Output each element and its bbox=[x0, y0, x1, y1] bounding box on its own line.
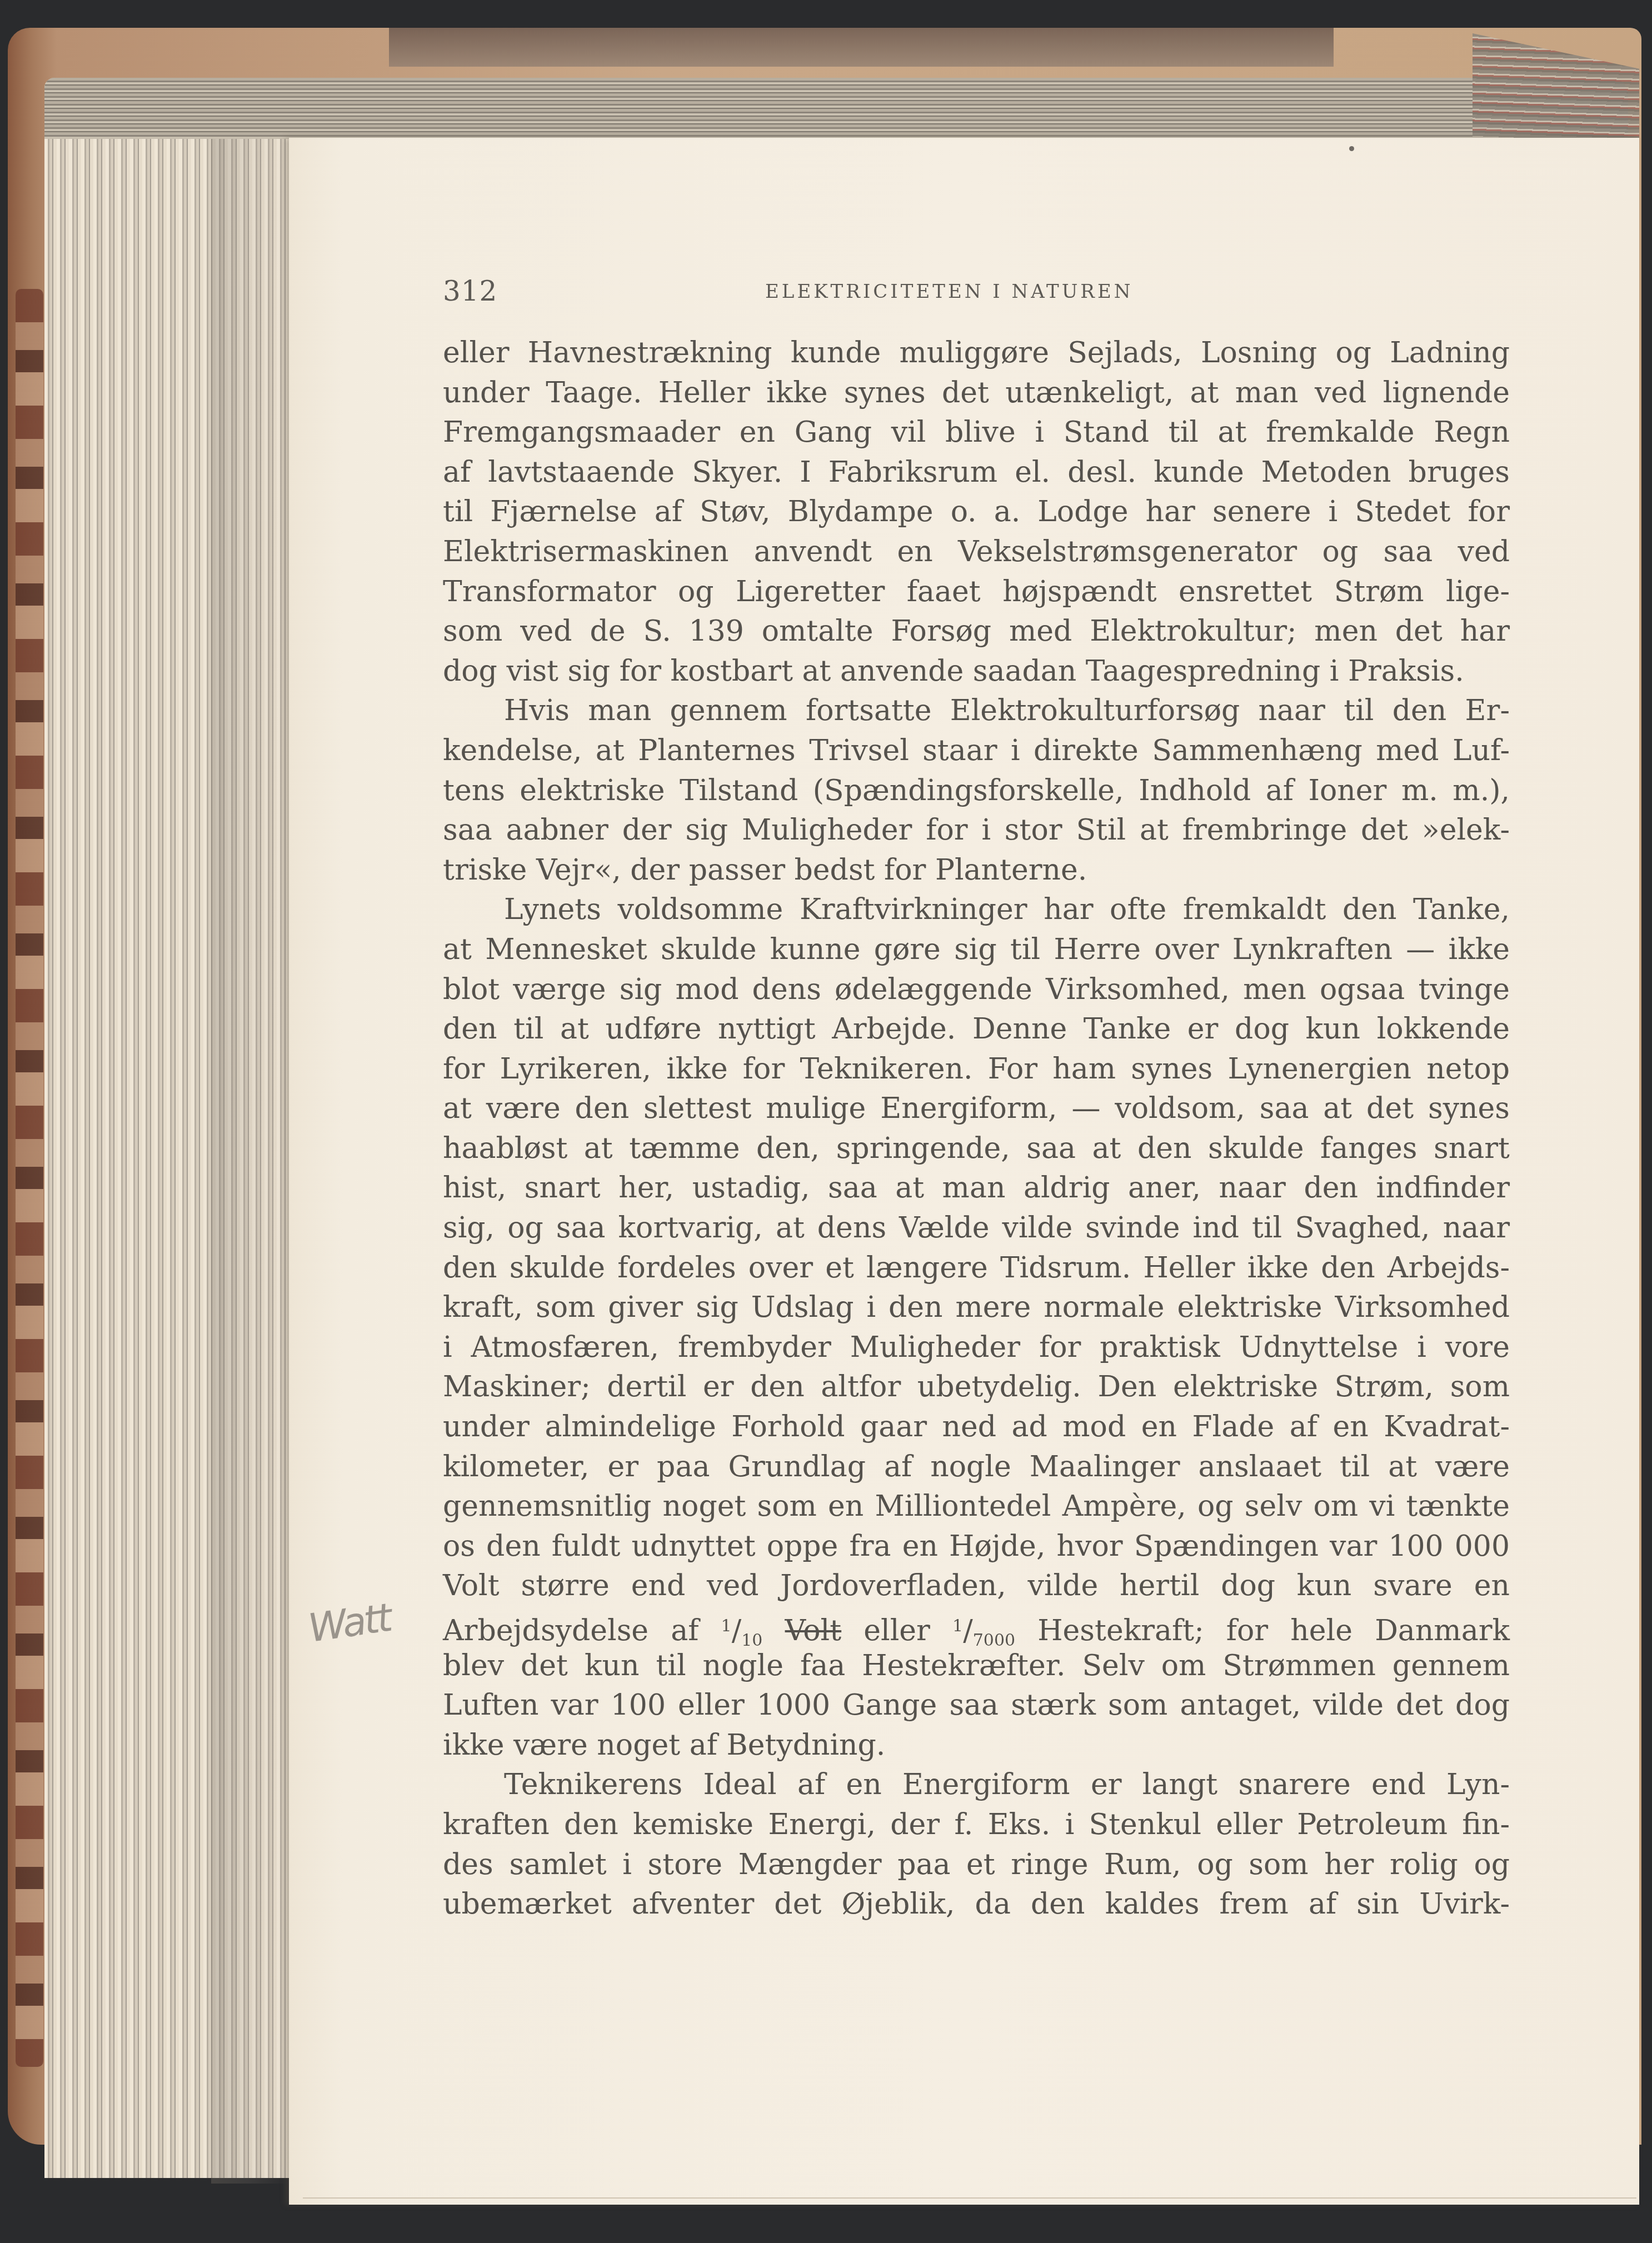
text-line: Fremgangsmaader en Gang vil blive i Stan… bbox=[443, 413, 1510, 453]
text-line: under Taage. Heller ikke synes det utænk… bbox=[443, 373, 1510, 413]
text-line-paragraph-start: Hvis man gennem fortsatte Elektrokulturf… bbox=[443, 691, 1510, 731]
text-line: den til at udføre nyttigt Arbejde. Denne… bbox=[443, 1010, 1510, 1050]
fraction-numerator: 1 bbox=[721, 1616, 732, 1636]
text-line: under almindelige Forhold gaar ned ad mo… bbox=[443, 1407, 1510, 1447]
running-head: ELEKTRICITETEN I NATUREN bbox=[765, 281, 1134, 303]
page-edges-top bbox=[44, 78, 1628, 139]
text-line-paragraph-start: Teknikerens Ideal af en Energiform er la… bbox=[443, 1765, 1510, 1805]
page-bottom-edge bbox=[303, 2197, 1636, 2199]
text-line: Volt større end ved Jordoverfladen, vild… bbox=[443, 1566, 1510, 1606]
text-line: at Mennesket skulde kunne gøre sig til H… bbox=[443, 930, 1510, 970]
paper-speck bbox=[1349, 146, 1354, 151]
text-line: os den fuldt udnyttet oppe fra en Højde,… bbox=[443, 1527, 1510, 1567]
text-line: for Lyrikeren, ikke for Teknikeren. For … bbox=[443, 1050, 1510, 1090]
text-line-paragraph-end: ikke være noget af Betydning. bbox=[443, 1726, 1510, 1766]
text-line: i Atmosfæren, frembyder Muligheder for p… bbox=[443, 1328, 1510, 1368]
page-edges-shadow bbox=[211, 128, 289, 2184]
text-line: tens elektriske Tilstand (Spændingsforsk… bbox=[443, 771, 1510, 811]
text-line: Transformator og Ligeretter faaet højspæ… bbox=[443, 572, 1510, 612]
text-line: som ved de S. 139 omtalte Forsøg med Ele… bbox=[443, 612, 1510, 652]
text-line: Luften var 100 eller 1000 Gange saa stær… bbox=[443, 1686, 1510, 1726]
text-line: kilometer, er paa Grundlag af nogle Maal… bbox=[443, 1447, 1510, 1487]
body-text: eller Havnestrækning kunde muliggøre Sej… bbox=[443, 333, 1510, 1925]
text-line: kraften den kemiske Energi, der f. Eks. … bbox=[443, 1805, 1510, 1845]
text-line: gennemsnitlig noget som en Milliontedel … bbox=[443, 1487, 1510, 1527]
text-line: kraft, som giver sig Udslag i den mere n… bbox=[443, 1288, 1510, 1328]
text-line-with-fractions: Arbejdsydelse af 1/10 Volt eller 1/7000 … bbox=[443, 1606, 1510, 1646]
fraction-numerator: 1 bbox=[952, 1616, 963, 1636]
text-fragment: eller bbox=[841, 1614, 952, 1647]
text-line: eller Havnestrækning kunde muliggøre Sej… bbox=[443, 333, 1510, 373]
text-line: saa aabner der sig Muligheder for i stor… bbox=[443, 811, 1510, 851]
text-line-paragraph-start: Lynets voldsomme Kraftvirkninger har oft… bbox=[443, 890, 1510, 930]
text-line: af lavtstaaende Skyer. I Fabriksrum el. … bbox=[443, 453, 1510, 493]
text-line-paragraph-end: dog vist sig for kostbart at anvende saa… bbox=[443, 652, 1510, 692]
text-line: at være den slettest mulige Energiform, … bbox=[443, 1089, 1510, 1129]
cover-top-wear bbox=[389, 28, 1334, 67]
text-line: des samlet i store Mængder paa et ringe … bbox=[443, 1845, 1510, 1885]
text-line: den skulde fordeles over et længere Tids… bbox=[443, 1248, 1510, 1288]
text-line: sig, og saa kortvarig, at dens Vælde vil… bbox=[443, 1208, 1510, 1248]
text-line: hist, snart her, ustadig, saa at man ald… bbox=[443, 1168, 1510, 1208]
text-line: blot værge sig mod dens ødelæggende Virk… bbox=[443, 970, 1510, 1010]
text-line: kendelse, at Planternes Trivsel staar i … bbox=[443, 731, 1510, 771]
text-line-paragraph-end: triske Vejr«, der passer bedst for Plant… bbox=[443, 851, 1510, 891]
text-fragment: Arbejdsydelse af bbox=[443, 1614, 721, 1647]
page-header: 312 ELEKTRICITETEN I NATUREN bbox=[443, 275, 1510, 314]
text-line: blev det kun til nogle faa Hestekræfter.… bbox=[443, 1646, 1510, 1686]
text-line: til Fjærnelse af Støv, Blydampe o. a. Lo… bbox=[443, 492, 1510, 532]
text-line: Elektrisermaskinen anvendt en Vekselstrø… bbox=[443, 532, 1510, 572]
text-line: Maskiner; dertil er den altfor ubetydeli… bbox=[443, 1367, 1510, 1407]
text-fragment: Hestekraft; for hele Danmark bbox=[1015, 1614, 1510, 1647]
text-line: ubemærket afventer det Øjeblik, da den k… bbox=[443, 1885, 1510, 1925]
struck-through-word: Volt bbox=[785, 1614, 842, 1647]
marbled-cover-edge bbox=[16, 289, 43, 2067]
text-line: haabløst at tæmme den, springende, saa a… bbox=[443, 1129, 1510, 1169]
page-number: 312 bbox=[443, 275, 497, 307]
